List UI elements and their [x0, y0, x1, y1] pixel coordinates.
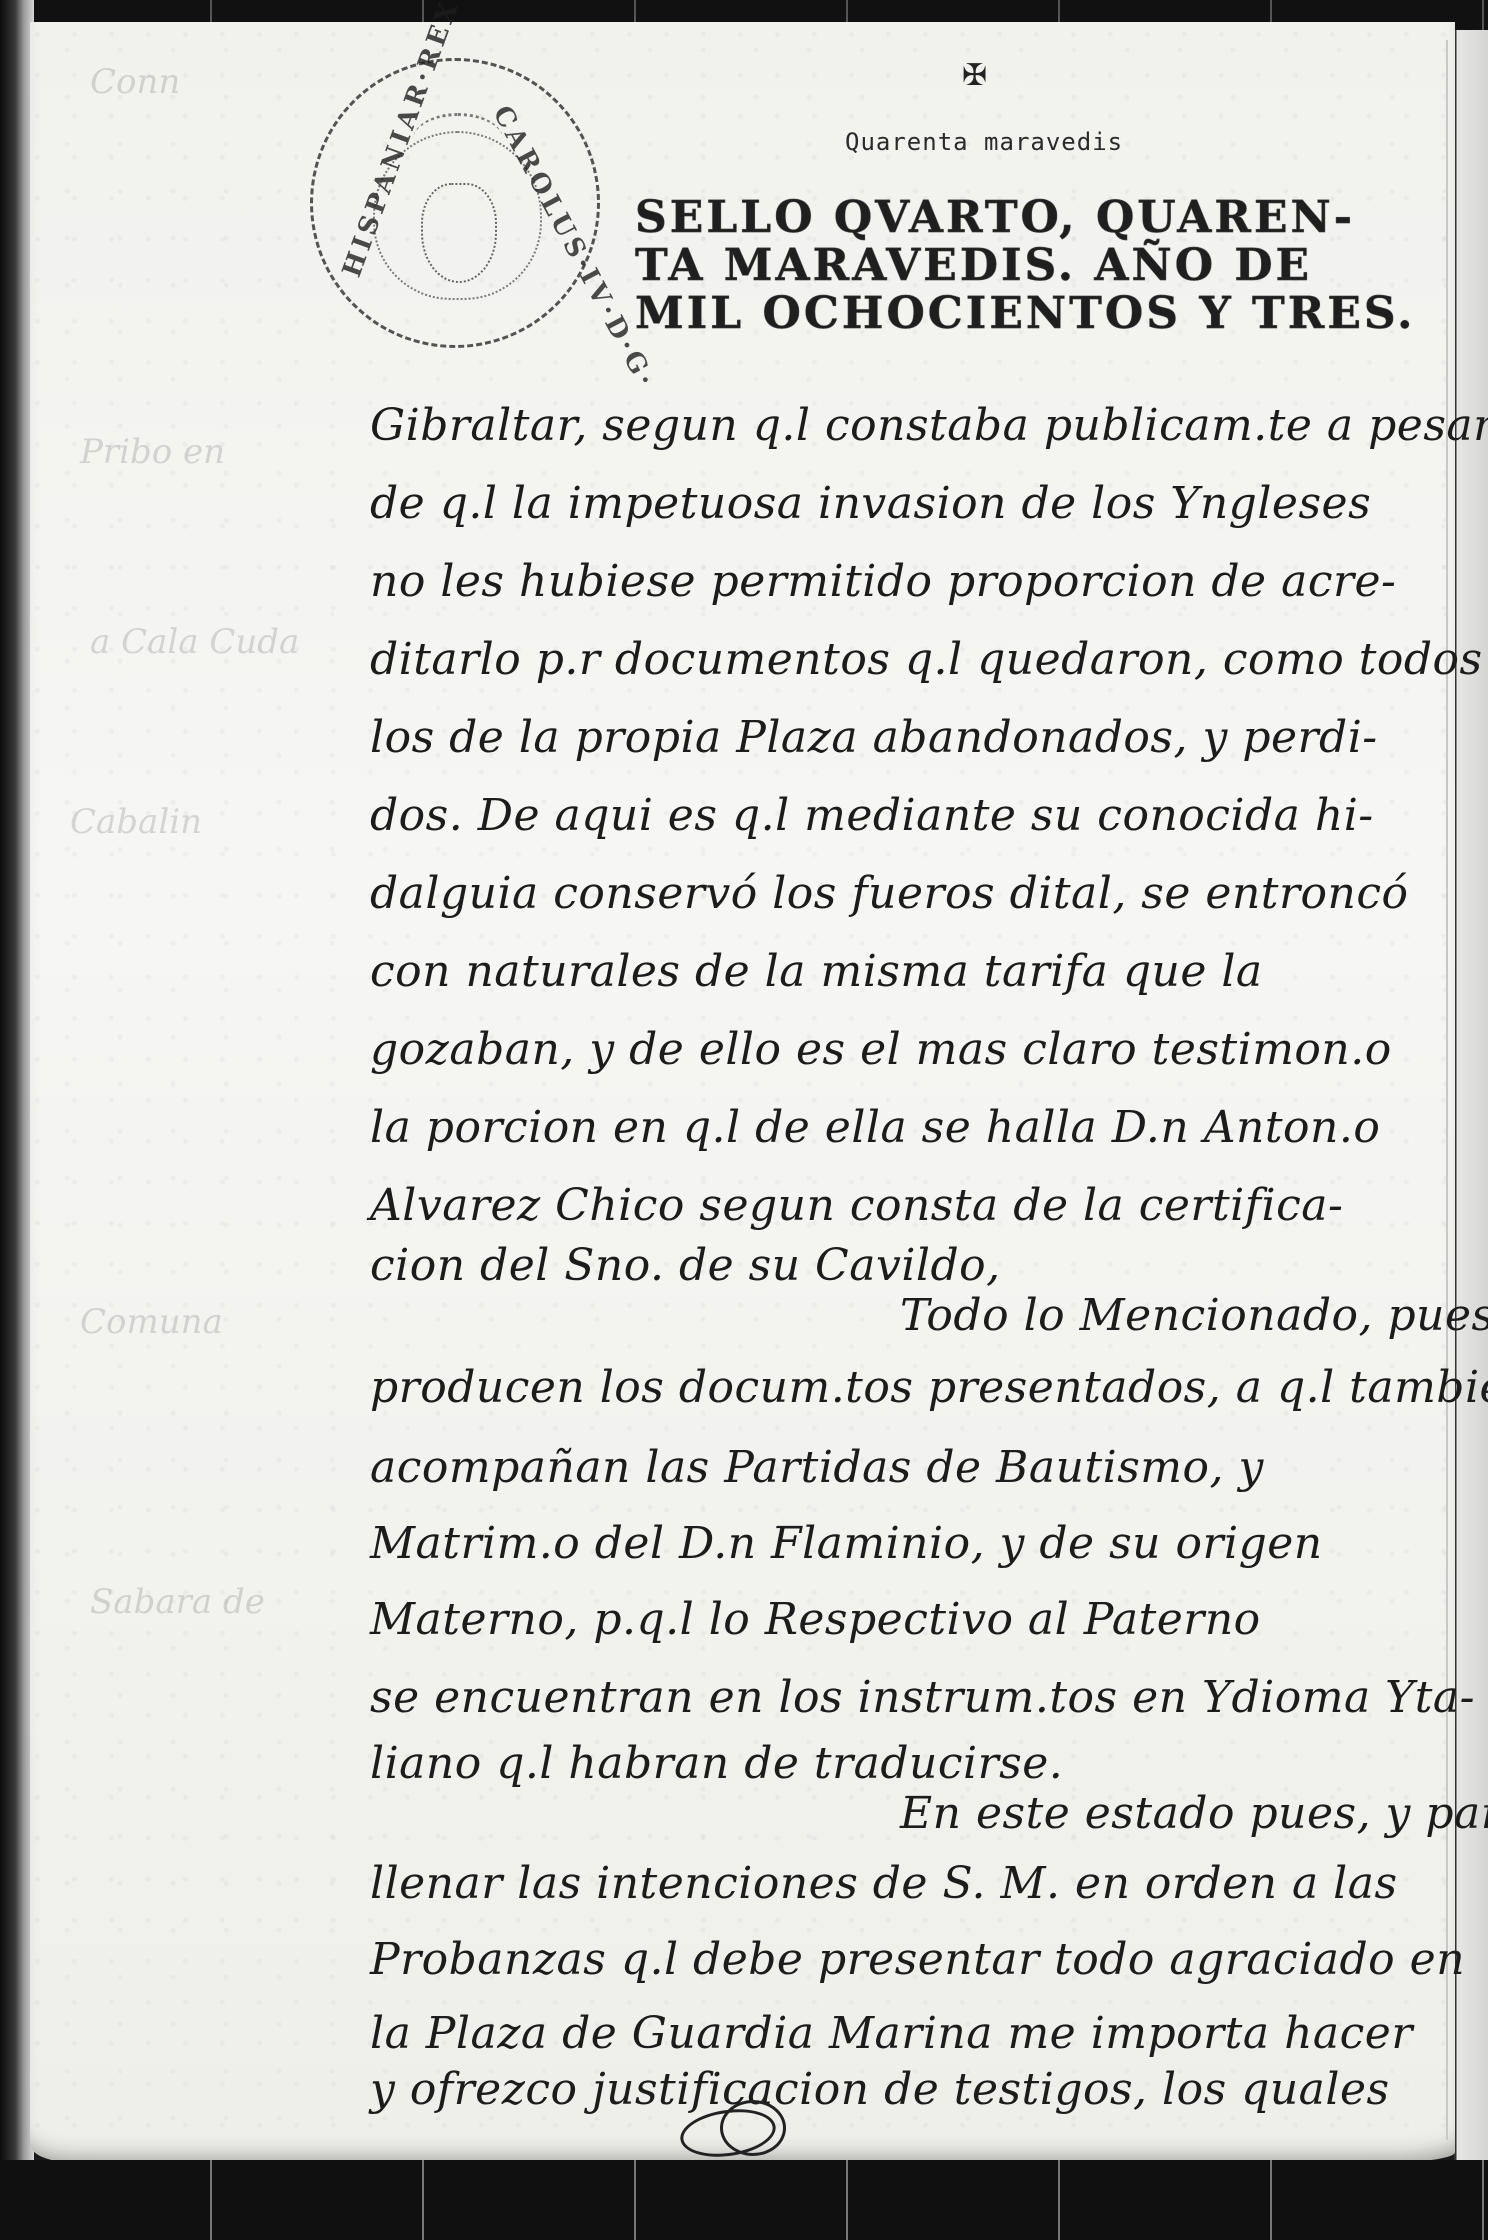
- manuscript-line: con naturales de la misma tarifa que la: [370, 946, 1263, 997]
- manuscript-line: Alvarez Chico segun consta de la certifi…: [370, 1180, 1343, 1231]
- manuscript-line: gozaban, y de ello es el mas claro testi…: [370, 1024, 1392, 1075]
- manuscript-line: Matrim.o del D.n Flaminio, y de su orige…: [370, 1518, 1323, 1569]
- manuscript-line: y ofrezco justificacion de testigos, los…: [370, 2064, 1390, 2115]
- manuscript-line: dos. De aqui es q.l mediante su conocida…: [370, 790, 1374, 841]
- book-spine-edge: [0, 0, 34, 2240]
- bleed-through-text: Comuna: [80, 1302, 223, 1342]
- manuscript-page: Conn Pribo en a Cala Cuda Cabalin Comuna…: [30, 22, 1455, 2162]
- bleed-through-text: Cabalin: [70, 802, 202, 842]
- manuscript-line: cion del Sno. de su Cavildo,: [370, 1240, 1001, 1291]
- manuscript-line: se encuentran en los instrum.tos en Ydio…: [370, 1672, 1475, 1723]
- manuscript-line: producen los docum.tos presentados, a q.…: [370, 1362, 1488, 1413]
- manuscript-line: dalguia conservó los fueros dital, se en…: [370, 868, 1408, 919]
- manuscript-line-indented: Todo lo Mencionado, pues,: [900, 1290, 1488, 1341]
- manuscript-line: los de la propia Plaza abandonados, y pe…: [370, 712, 1378, 763]
- manuscript-line: ditarlo p.r documentos q.l quedaron, com…: [370, 634, 1483, 685]
- stamp-header-line-3: MIL OCHOCIENTOS Y TRES.: [635, 288, 1415, 339]
- stamp-header-line-1: SELLO QVARTO, QUAREN-: [635, 192, 1355, 243]
- manuscript-line: liano q.l habran de traducirse.: [370, 1738, 1063, 1789]
- manuscript-line: la porcion en q.l de ella se halla D.n A…: [370, 1102, 1380, 1153]
- manuscript-line: Probanzas q.l debe presentar todo agraci…: [370, 1934, 1465, 1985]
- manuscript-line: Materno, p.q.l lo Respectivo al Paterno: [370, 1594, 1261, 1645]
- manuscript-line: la Plaza de Guardia Marina me importa ha…: [370, 2008, 1413, 2059]
- book-binding-bottom: [0, 2160, 1488, 2240]
- rubric-flourish-icon: [720, 2100, 786, 2156]
- manuscript-line: no les hubiese permitido proporcion de a…: [370, 556, 1396, 607]
- bleed-through-text: a Cala Cuda: [90, 622, 299, 662]
- adjacent-page-edge: [1454, 30, 1488, 2190]
- manuscript-line: de q.l la impetuosa invasion de los Yngl…: [370, 478, 1371, 529]
- stamp-price-line: Quarenta maravedis: [845, 128, 1123, 156]
- manuscript-line: acompañan las Partidas de Bautismo, y: [370, 1442, 1264, 1493]
- bleed-through-text: Sabara de: [90, 1582, 265, 1622]
- manuscript-line: llenar las intenciones de S. M. en orden…: [370, 1858, 1398, 1909]
- manuscript-line: Gibraltar, segun q.l constaba publicam.t…: [370, 400, 1488, 451]
- royal-seal-stamp: CAROLUS·IV·D·G· HISPANIAR·REX: [310, 58, 600, 348]
- bleed-through-text: Conn: [90, 62, 180, 102]
- stamp-header-line-2: TA MARAVEDIS. AÑO DE: [635, 240, 1312, 291]
- bleed-through-text: Pribo en: [80, 432, 225, 472]
- manuscript-line-indented: En este estado pues, y para: [900, 1788, 1488, 1839]
- shield-icon: [421, 183, 497, 283]
- cross-icon: ✠: [962, 58, 987, 93]
